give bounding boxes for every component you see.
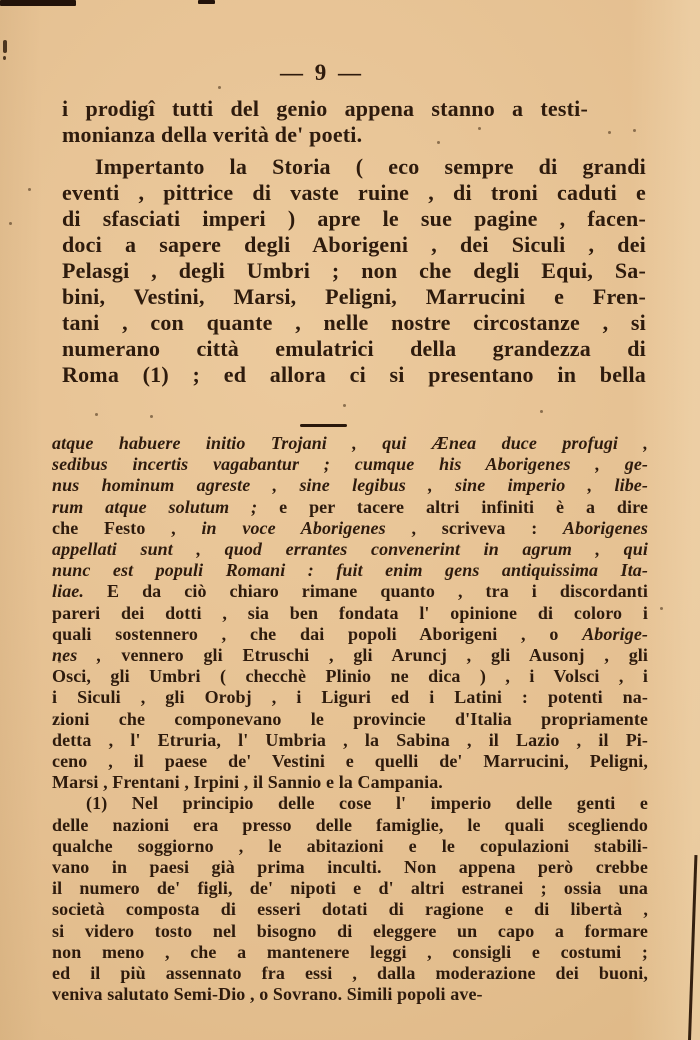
text-line: i prodigî tutti del genio appena stanno … [62,96,588,122]
scan-speck [633,129,636,132]
footnote-italic-text: appellati sunt , quod errantes conveneri… [52,539,648,559]
scan-speck [95,413,98,416]
footnote-text: Marsi , Frentani , Irpini , il Sannio e … [52,772,443,792]
footnote-line: quali sostennero , che dai popoli Aborig… [52,624,648,645]
footnote-line: nes , vennero gli Etruschi , gli Aruncj … [52,645,648,666]
footnote-text: i Siculi , gli Orobj , i Liguri ed i Lat… [52,687,648,707]
footnote-line: liae. E da ciò chiaro rimane quanto , tr… [52,581,648,602]
footnote-italic-text: atque habuere initio Trojani , qui Ænea … [52,433,648,453]
footnote-text: e per tacere altri infiniti è a dire [279,497,648,517]
footnote-text: Osci, gli Umbri ( checchè Plinio ne dica… [52,666,648,686]
text-line: Impertanto la Storia ( eco sempre di gra… [62,154,646,180]
scan-smudge [198,0,215,4]
footnote-line: Marsi , Frentani , Irpini , il Sannio e … [52,772,648,793]
scan-speck [9,222,12,225]
footnote-italic-text: nus hominum agreste , sine legibus , sin… [52,475,648,495]
footnote-text: si videro tosto nel bisogno di eleggere … [52,921,648,941]
footnote-text: che Festo , [52,518,201,538]
footnote-line: nus hominum agreste , sine legibus , sin… [52,475,648,496]
footnote-text: quali sostennero , che dai popoli Aborig… [52,624,582,644]
footnote-line: pareri dei dotti , sia ben fondata l' op… [52,603,648,624]
text-line: bini, Vestini, Marsi, Peligni, Marrucini… [62,284,646,310]
footnote-text: non meno , che a mantenere leggi , consi… [52,942,648,962]
footnote-text: , scriveva : [411,518,563,538]
scan-speck [28,188,31,191]
footnote-line: nunc est populi Romani : fuit enim gens … [52,560,648,581]
footnote-line: che Festo , in voce Aborigenes , scrivev… [52,518,648,539]
text-line: eventi , pittrice di vaste ruine , di tr… [62,180,646,206]
text-line: doci a sapere degli Aborigeni , dei Sicu… [62,232,646,258]
footnote-text: qualche soggiorno , le abitazioni e le c… [52,836,648,856]
footnote-italic-text: rum atque solutum ; [52,497,279,517]
footnote-text: vano in paesi già prima inculti. Non app… [52,857,648,877]
footnote-line: qualche soggiorno , le abitazioni e le c… [52,836,648,857]
footnote-line: Osci, gli Umbri ( checchè Plinio ne dica… [52,666,648,687]
footnote-text: delle nazioni era presso delle famiglie,… [52,815,648,835]
footnote-line: appellati sunt , quod errantes conveneri… [52,539,648,560]
footnote-line: rum atque solutum ; e per tacere altri i… [52,497,648,518]
main-paragraph-2: Impertanto la Storia ( eco sempre di gra… [62,154,646,388]
scan-speck [218,86,221,89]
footnote-text: (1) Nel principio delle cose l' imperio … [86,793,648,813]
footnote-text: vennero gli Etruschi , gli Aruncj , gli … [102,645,648,665]
footnote-line: detta , l' Etruria, l' Umbria , la Sabin… [52,730,648,751]
footnote-line: delle nazioni era presso delle famiglie,… [52,815,648,836]
footnote-text: società composta di esseri dotati di rag… [52,899,648,919]
main-paragraph-1: i prodigî tutti del genio appena stanno … [62,96,588,148]
footnote-italic-text: Aborigenes [563,518,648,538]
scan-speck [150,415,153,418]
footnote-italic-text: nunc est populi Romani : fuit enim gens … [52,560,648,580]
footnote-line: ceno , il paese de' Vestini e quelli de'… [52,751,648,772]
scan-speck [660,607,663,610]
footnote-text: veniva salutato Semi-Dio , o Sovrano. Si… [52,984,483,1004]
footnote-italic-text: nes , [52,645,102,665]
scanned-book-page: — 9 — i prodigî tutti del genio appena s… [0,0,700,1040]
page-edge-shadow [688,855,697,1040]
footnote-text: zioni che componevano le provincie d'Ita… [52,709,648,729]
footnote-line: ed il più assennato fra essi , dalla mod… [52,963,648,984]
footnote-line: società composta di esseri dotati di rag… [52,899,648,920]
footnote-italic-text: Aborige- [582,624,648,644]
scan-speck [343,404,346,407]
scan-speck [608,131,611,134]
footnote-line: non meno , che a mantenere leggi , consi… [52,942,648,963]
footnote-line: vano in paesi già prima inculti. Non app… [52,857,648,878]
footnote-line: i Siculi , gli Orobj , i Liguri ed i Lat… [52,687,648,708]
footnote-italic-text: sedibus incertis vagabantur ; cumque his… [52,454,648,474]
footnote-line: zioni che componevano le provincie d'Ita… [52,709,648,730]
footnote-text: ed il più assennato fra essi , dalla mod… [52,963,648,983]
footnote-block: atque habuere initio Trojani , qui Ænea … [52,433,648,1005]
footnote-italic-text: in voce Aborigenes [201,518,411,538]
footnote-text: detta , l' Etruria, l' Umbria , la Sabin… [52,730,648,750]
text-line: Pelasgi , degli Umbri ; non che degli Eq… [62,258,646,284]
footnote-line: (1) Nel principio delle cose l' imperio … [52,793,648,814]
scan-mark [3,40,7,53]
footnote-line: si videro tosto nel bisogno di eleggere … [52,921,648,942]
scan-speck [540,410,543,413]
footnote-line: il numero de' figli, de' nipoti e d' alt… [52,878,648,899]
footnote-separator-rule [300,424,347,427]
text-line: numerano città emulatrici della grandezz… [62,336,646,362]
text-line: di sfasciati imperi ) apre le sue pagine… [62,206,646,232]
footnote-text: ceno , il paese de' Vestini e quelli de'… [52,751,648,771]
footnote-italic-text: liae. [52,581,84,601]
footnote-text: il numero de' figli, de' nipoti e d' alt… [52,878,648,898]
footnote-line: atque habuere initio Trojani , qui Ænea … [52,433,648,454]
footnote-text: pareri dei dotti , sia ben fondata l' op… [52,603,648,623]
text-line: monianza della verità de' poeti. [62,122,588,148]
page-number: — 9 — [0,60,644,86]
scan-smudge [0,0,76,6]
footnote-line: veniva salutato Semi-Dio , o Sovrano. Si… [52,984,648,1005]
footnote-text: E da ciò chiaro rimane quanto , tra i di… [84,581,648,601]
text-line: tani , con quante , nelle nostre circost… [62,310,646,336]
text-line: Roma (1) ; ed allora ci si presentano in… [62,362,646,388]
footnote-line: sedibus incertis vagabantur ; cumque his… [52,454,648,475]
